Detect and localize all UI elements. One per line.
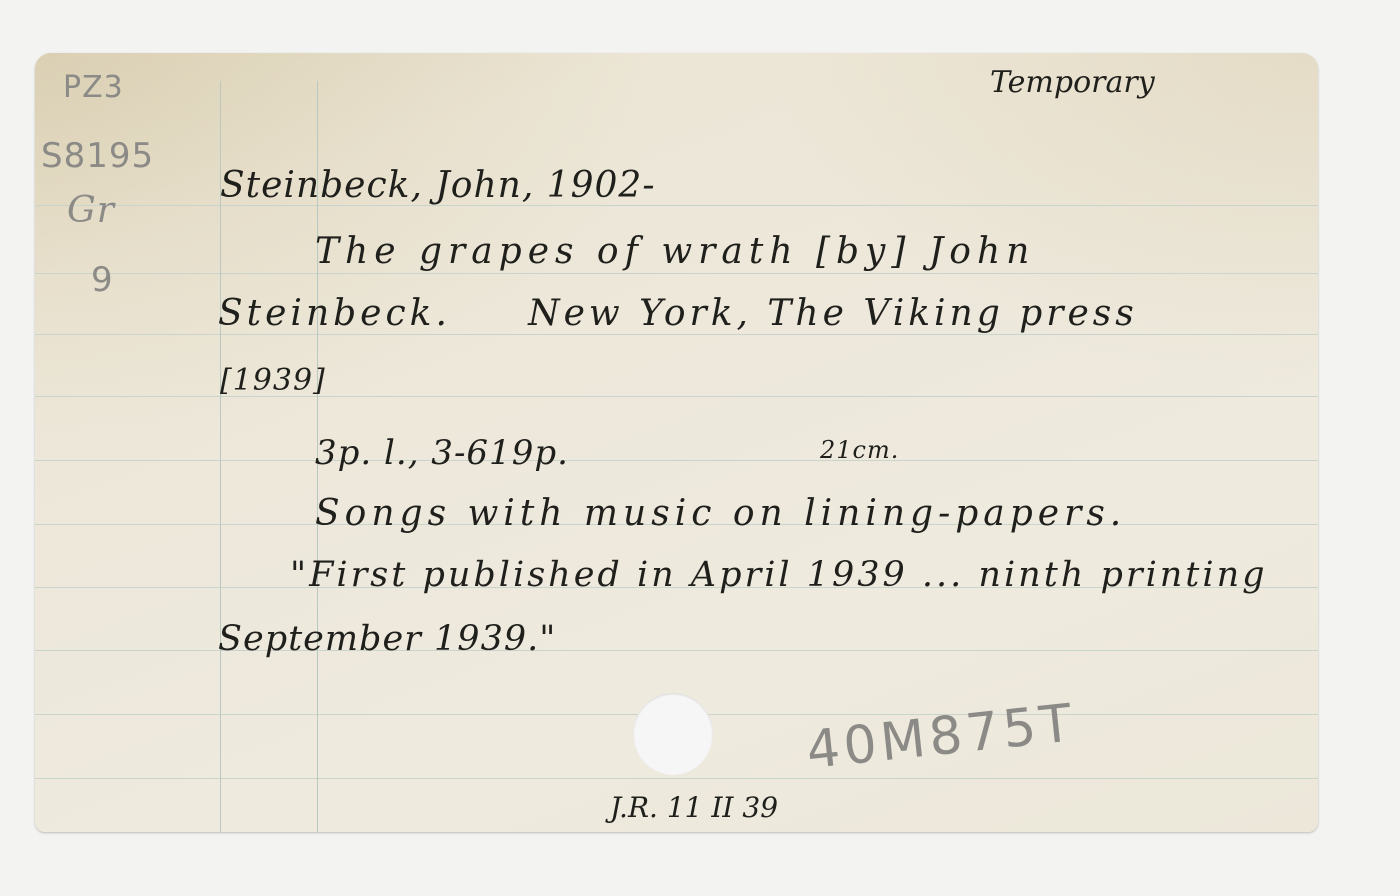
title-line-2: Steinbeck. New York, The Viking press: [218, 293, 1138, 334]
cataloger-initials-date: J.R. 11 II 39: [610, 791, 778, 824]
call-number-cutter: S8195: [41, 139, 154, 173]
note-printing-line-2: September 1939.": [218, 619, 556, 659]
temporary-note: Temporary: [990, 65, 1155, 100]
ruled-line: [35, 460, 1318, 461]
title-line-3: [1939]: [220, 363, 326, 398]
collation: 3p. l., 3-619p.: [315, 433, 569, 473]
card-punch-hole: [633, 693, 713, 775]
note-lining-papers: Songs with music on lining-papers.: [315, 493, 1126, 534]
ruled-line: [35, 273, 1318, 274]
ruled-line: [35, 334, 1318, 335]
catalog-card: PZ3 S8195 Gr 9 Temporary Steinbeck, John…: [35, 53, 1318, 832]
note-printing-line-1: "First published in April 1939 ... ninth…: [290, 555, 1268, 595]
author-heading: Steinbeck, John, 1902-: [220, 165, 656, 206]
ruled-line: [35, 778, 1318, 779]
title-line-1: The grapes of wrath [by] John: [315, 231, 1035, 272]
call-number-work: Gr: [67, 193, 115, 229]
call-number-class: PZ3: [63, 73, 124, 103]
order-number: 40M875T: [804, 693, 1079, 781]
size: 21cm.: [820, 436, 899, 464]
call-number-edition: 9: [91, 263, 114, 297]
